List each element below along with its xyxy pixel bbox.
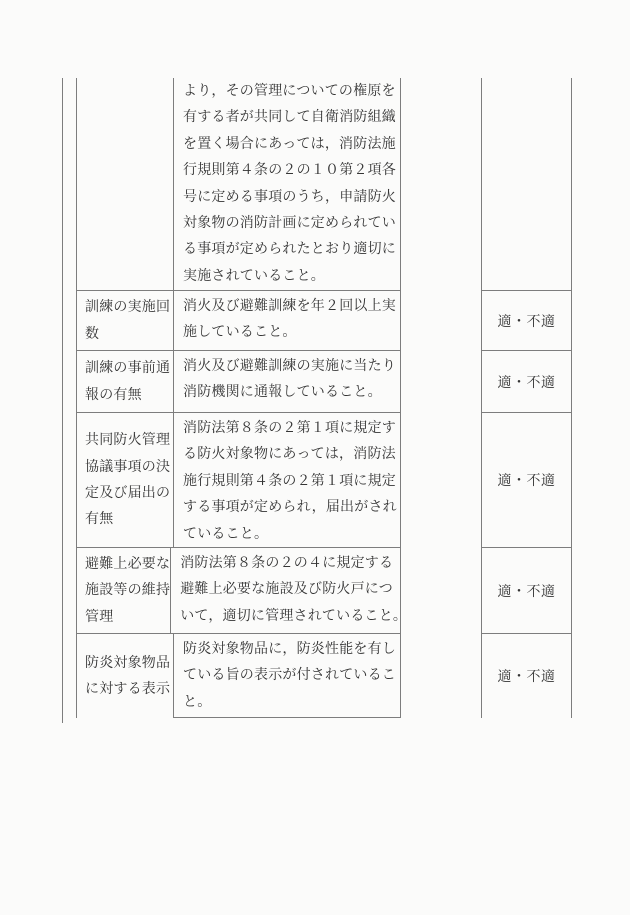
table-row: 訓練の事前通 報の有無 消火及び避難訓練の実施に当たり 消防機関に通報しているこ… <box>77 350 400 412</box>
criteria-cell: 消防法第８条の２第１項に規定す る防火対象物にあっては，消防法 施行規則第４条の… <box>174 413 400 547</box>
result-cell-empty <box>482 78 571 290</box>
item-cell: 訓練の実施回 数 <box>77 291 174 350</box>
table-row: 避難上必要な 施設等の維持 管理 消防法第８条の２の４に規定する 避難上必要な施… <box>77 547 400 633</box>
criteria-text: 消火及び避難訓練を年２回以上実 施していること。 <box>183 293 400 346</box>
criteria-cell: 消防法第８条の２の４に規定する 避難上必要な施設及び防火戸につ いて，適切に管理… <box>171 548 407 633</box>
criteria-cell: 消火及び避難訓練の実施に当たり 消防機関に通報していること。 <box>174 351 400 412</box>
inspection-checklist-table: より，その管理についての権原を 有する者が共同して自衛消防組織 を置く場合にあっ… <box>76 78 401 718</box>
table-row: 防炎対象物品 に対する表示 防炎対象物品に，防炎性能を有し ている旨の表示が付さ… <box>77 633 400 718</box>
result-option: 適・不適 <box>498 666 556 686</box>
item-label: 防炎対象物品 に対する表示 <box>85 650 170 703</box>
criteria-text: 消防法第８条の２第１項に規定す る防火対象物にあっては，消防法 施行規則第４条の… <box>183 415 400 547</box>
item-cell: 訓練の事前通 報の有無 <box>77 351 174 412</box>
table-row-carryover: より，その管理についての権原を 有する者が共同して自衛消防組織 を置く場合にあっ… <box>77 78 400 290</box>
item-cell: 共同防火管理 協議事項の決 定及び届出の 有無 <box>77 413 174 547</box>
result-cell: 適・不適 <box>482 633 571 718</box>
item-label: 避難上必要な 施設等の維持 管理 <box>85 551 170 630</box>
table-row: 訓練の実施回 数 消火及び避難訓練を年２回以上実 施していること。 <box>77 290 400 350</box>
result-column: 適・不適 適・不適 適・不適 適・不適 適・不適 <box>481 78 572 718</box>
criteria-text: 消防法第８条の２の４に規定する 避難上必要な施設及び防火戸につ いて，適切に管理… <box>180 550 407 629</box>
result-cell: 適・不適 <box>482 290 571 350</box>
result-option: 適・不適 <box>498 581 556 601</box>
item-cell: 防炎対象物品 に対する表示 <box>77 634 174 718</box>
result-option: 適・不適 <box>498 372 556 392</box>
result-cell: 適・不適 <box>482 412 571 547</box>
criteria-text: 防炎対象物品に，防炎性能を有し ている旨の表示が付されているこ と。 <box>183 636 400 715</box>
result-option: 適・不適 <box>498 470 556 490</box>
table-row: 共同防火管理 協議事項の決 定及び届出の 有無 消防法第８条の２第１項に規定す … <box>77 412 400 547</box>
item-label: 共同防火管理 協議事項の決 定及び届出の 有無 <box>85 427 170 533</box>
result-cell: 適・不適 <box>482 547 571 633</box>
document-page: より，その管理についての権原を 有する者が共同して自衛消防組織 を置く場合にあっ… <box>0 0 630 915</box>
item-label: 訓練の実施回 数 <box>85 294 170 347</box>
criteria-text: 消火及び避難訓練の実施に当たり 消防機関に通報していること。 <box>183 353 400 406</box>
result-cell: 適・不適 <box>482 350 571 412</box>
item-cell-empty <box>77 78 174 290</box>
criteria-cell: より，その管理についての権原を 有する者が共同して自衛消防組織 を置く場合にあっ… <box>174 78 400 290</box>
criteria-text: より，その管理についての権原を 有する者が共同して自衛消防組織 を置く場合にあっ… <box>183 78 400 289</box>
item-cell: 避難上必要な 施設等の維持 管理 <box>77 548 171 633</box>
criteria-cell: 防炎対象物品に，防炎性能を有し ている旨の表示が付されているこ と。 <box>174 634 400 718</box>
item-label: 訓練の事前通 報の有無 <box>85 355 170 408</box>
result-option: 適・不適 <box>498 311 556 331</box>
page-margin-line <box>62 78 63 723</box>
criteria-cell: 消火及び避難訓練を年２回以上実 施していること。 <box>174 291 400 350</box>
